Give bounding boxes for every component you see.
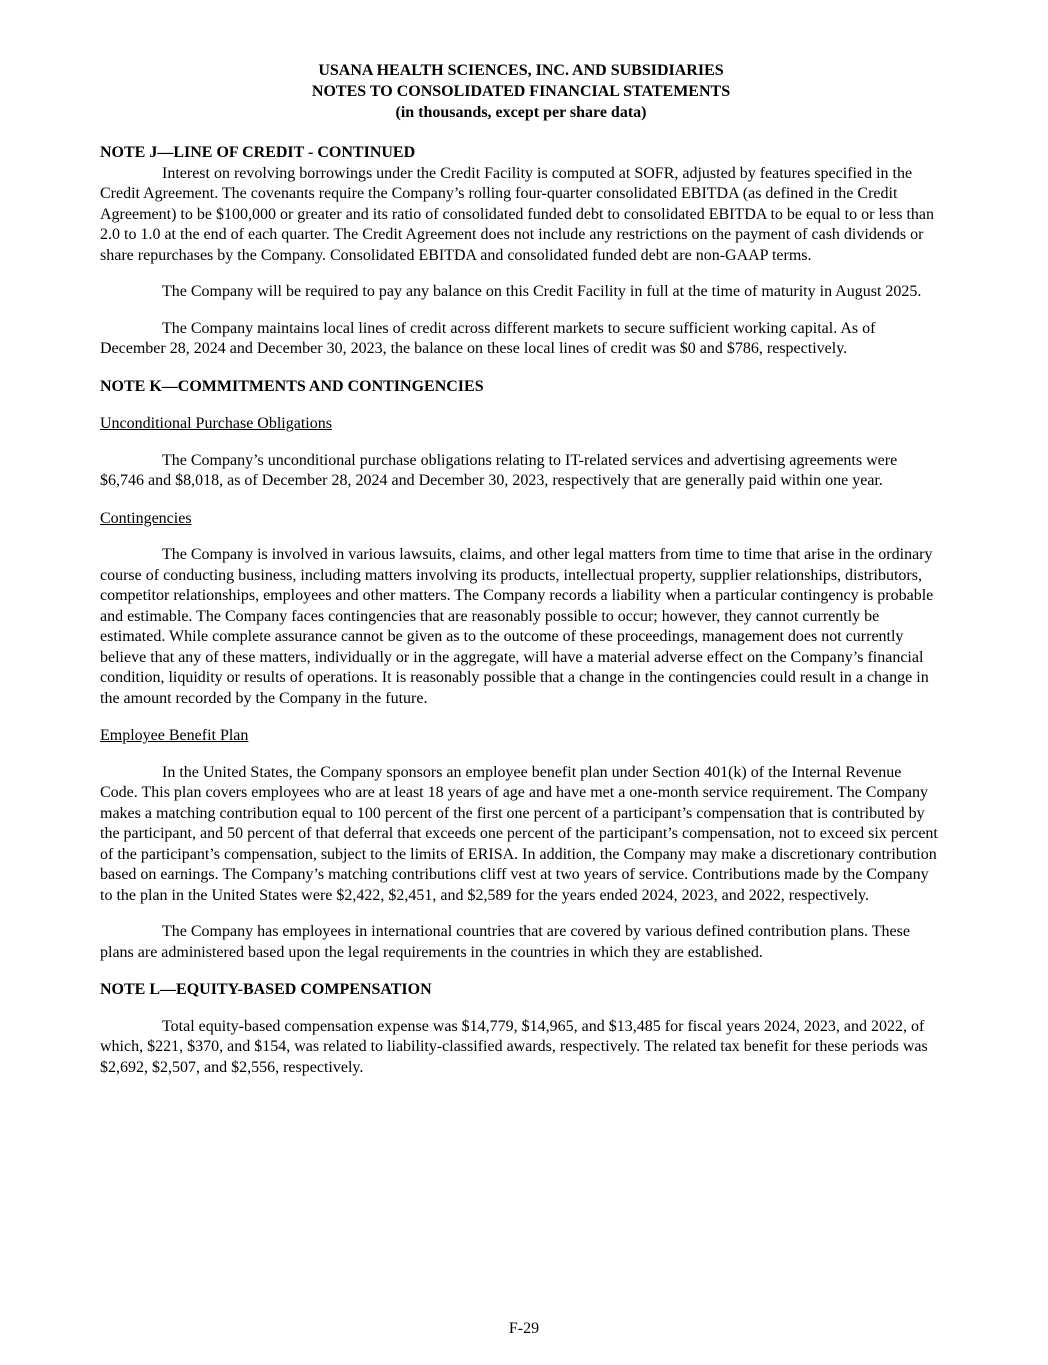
note-j-paragraph-2: The Company will be required to pay any … <box>100 282 942 303</box>
employee-benefit-plan-heading: Employee Benefit Plan <box>100 726 942 747</box>
page-number: F-29 <box>0 1319 1048 1340</box>
note-l-section: NOTE L—EQUITY-BASED COMPENSATION Total e… <box>100 980 942 1078</box>
contingencies-heading: Contingencies <box>100 509 942 530</box>
note-l-heading: NOTE L—EQUITY-BASED COMPENSATION <box>100 980 942 1001</box>
note-j-heading: NOTE J—LINE OF CREDIT - CONTINUED <box>100 143 942 164</box>
note-k-heading: NOTE K—COMMITMENTS AND CONTINGENCIES <box>100 377 942 398</box>
purchase-obligations-paragraph: The Company’s unconditional purchase obl… <box>100 451 942 492</box>
note-k-section: NOTE K—COMMITMENTS AND CONTINGENCIES Unc… <box>100 377 942 964</box>
document-header: USANA HEALTH SCIENCES, INC. AND SUBSIDIA… <box>100 60 942 123</box>
note-l-paragraph-1: Total equity-based compensation expense … <box>100 1017 942 1079</box>
note-j-section: NOTE J—LINE OF CREDIT - CONTINUED Intere… <box>100 143 942 360</box>
company-name: USANA HEALTH SCIENCES, INC. AND SUBSIDIA… <box>100 60 942 81</box>
contingencies-paragraph: The Company is involved in various lawsu… <box>100 545 942 709</box>
employee-benefit-paragraph-2: The Company has employees in internation… <box>100 922 942 963</box>
note-j-paragraph-1: Interest on revolving borrowings under t… <box>100 164 942 267</box>
note-j-paragraph-3: The Company maintains local lines of cre… <box>100 319 942 360</box>
document-title: NOTES TO CONSOLIDATED FINANCIAL STATEMEN… <box>100 81 942 102</box>
units-note: (in thousands, except per share data) <box>100 102 942 123</box>
document-page: USANA HEALTH SCIENCES, INC. AND SUBSIDIA… <box>100 60 942 1078</box>
employee-benefit-paragraph-1: In the United States, the Company sponso… <box>100 763 942 907</box>
unconditional-purchase-obligations-heading: Unconditional Purchase Obligations <box>100 414 942 435</box>
